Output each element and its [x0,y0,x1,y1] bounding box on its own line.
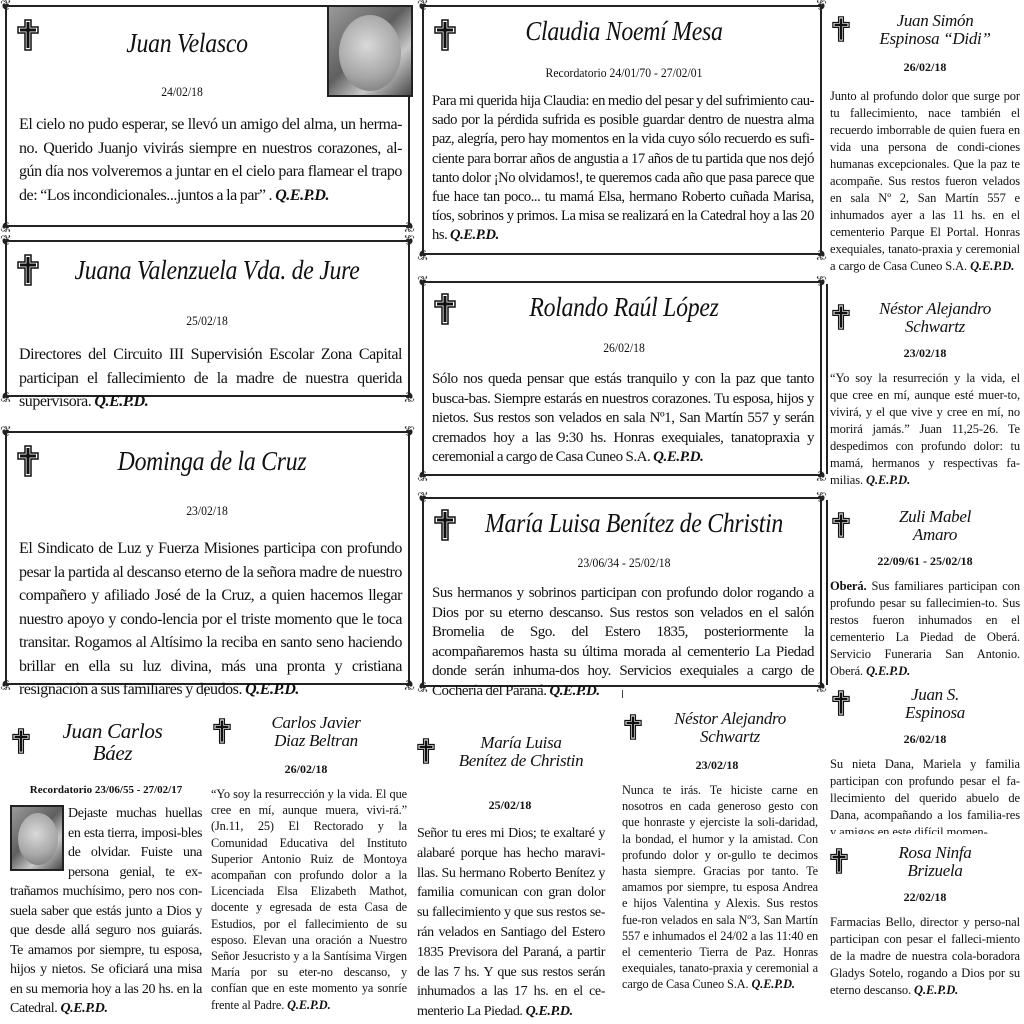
notice-date: 23/02/18 [140,503,275,519]
corner-ornament-icon [0,235,14,249]
cross-icon [624,714,642,740]
notice-date: Recordatorio 24/01/70 - 27/02/01 [516,65,732,81]
portrait-photo [327,5,413,97]
notice-body: “Yo soy la resurrección y la vida. El qu… [211,786,407,1013]
notice-date: 23/02/18 [870,346,980,361]
notice-juan-carlos-baez: Juan CarlosBáez Recordatorio 23/06/55 - … [10,718,202,1022]
notice-body: El Sindicato de Luz y Fuerza Misiones pa… [19,537,402,702]
column-rule [826,284,828,474]
notice-date: 24/02/18 [115,84,250,100]
corner-ornament-icon [401,388,415,402]
cross-icon [17,19,39,51]
notice-juan-s-espinosa: Juan S.Espinosa 26/02/18 Su nieta Dana, … [830,684,1020,834]
notice-name: Dominga de la Cruz [67,445,357,477]
notice-name: Juan SimónEspinosa “Didi” [860,12,1010,48]
notice-rolando-raul-lopez: Rolando Raúl López 26/02/18 Sólo nos que… [422,281,822,476]
notice-body: Sólo nos queda pensar que estás tranquil… [432,370,814,468]
corner-ornament-icon [0,388,14,402]
notice-name: María LuisaBenítez de Christin [441,734,601,770]
notice-name: Rolando Raúl López [483,291,765,323]
corner-ornament-icon [401,235,415,249]
notice-date: 26/02/18 [251,762,361,777]
cross-icon [832,690,850,716]
column-rule [826,500,828,685]
notice-name: Juan CarlosBáez [40,720,185,764]
corner-ornament-icon [417,492,431,506]
corner-ornament-icon [0,676,14,690]
notice-name: Claudia Noemí Mesa [483,15,765,47]
notice-date: Recordatorio 23/06/55 - 27/02/17 [15,784,197,796]
notice-carlos-javier-diaz-beltran: Carlos JavierDiaz Beltran 26/02/18 “Yo s… [211,712,407,1022]
notice-date: 23/02/18 [662,758,772,773]
notice-body: Su nieta Dana, Mariela y familia partici… [830,756,1020,834]
notice-juan-velasco: Juan Velasco 24/02/18 El cielo no pudo e… [5,5,410,227]
corner-ornament-icon [401,218,415,232]
cross-icon [830,848,848,874]
cross-icon [434,509,456,541]
corner-ornament-icon [813,276,827,290]
notice-body: Oberá. Sus familiares participan con pro… [830,578,1020,680]
corner-ornament-icon [401,676,415,690]
notice-body: “Yo soy la resurreción y la vida, el que… [830,370,1020,489]
notice-nestor-schwartz: Néstor AlejandroSchwartz 23/02/18 “Yo so… [830,298,1020,488]
corner-ornament-icon [417,0,431,14]
cross-icon [17,445,39,477]
notice-date: 26/02/18 [557,340,692,356]
corner-ornament-icon [417,678,431,692]
notice-name: Carlos JavierDiaz Beltran [241,714,391,750]
notice-body: El cielo no pudo esperar, se llevó un am… [19,113,402,207]
cross-icon [832,512,850,538]
notice-body: Directores del Circuito III Supervisión … [19,343,402,414]
corner-ornament-icon [813,678,827,692]
notice-body: Dejaste muchas huellas en esta tierra, i… [10,804,202,1019]
notice-name: María Luisa Benítez de Christin [471,507,797,539]
corner-ornament-icon [813,492,827,506]
cross-icon [417,738,435,764]
notice-dominga-de-la-cruz: Dominga de la Cruz 23/02/18 El Sindicato… [5,431,410,685]
notice-body: Farmacias Bello, director y perso-nal pa… [830,914,1020,999]
notice-juan-simon-espinosa: Juan SimónEspinosa “Didi” 26/02/18 Junto… [830,8,1020,278]
notice-date: 25/02/18 [140,313,275,329]
notice-body: Señor tu eres mi Dios; te exaltaré y ala… [417,824,605,1022]
notice-name: Néstor AlejandroSchwartz [860,300,1010,336]
corner-ornament-icon [813,246,827,260]
cross-icon [12,728,30,754]
cross-icon [832,304,850,330]
notice-date: 26/02/18 [870,732,980,747]
cross-icon [213,718,231,744]
notice-body: Nunca te irás. Te hiciste carne en nosot… [622,782,818,993]
notice-maria-luisa-benitez: María Luisa Benítez de Christin 23/06/34… [422,497,822,687]
cross-icon [434,19,456,51]
notice-date: 22/02/18 [870,890,980,905]
notice-body: Sus hermanos y sobrinos participan con p… [432,584,814,701]
cross-icon [434,293,456,325]
column-divider-tick [205,688,206,696]
corner-ornament-icon [0,426,14,440]
notice-zuli-mabel-amaro: Zuli MabelAmaro 22/09/61 - 25/02/18 Ober… [830,506,1020,686]
corner-ornament-icon [417,246,431,260]
corner-ornament-icon [417,276,431,290]
notice-name: Rosa NinfaBrizuela [860,844,1010,880]
notice-body: Junto al profundo dolor que surge por tu… [830,88,1020,275]
corner-ornament-icon [813,0,827,14]
notice-name: Juan S.Espinosa [860,686,1010,722]
corner-ornament-icon [401,426,415,440]
notice-date: 22/09/61 - 25/02/18 [855,554,995,569]
notice-name: Zuli MabelAmaro [860,508,1010,544]
column-divider-tick [622,690,623,698]
notice-maria-luisa-benitez-small: María LuisaBenítez de Christin 25/02/18 … [415,732,607,1022]
notice-name: Néstor AlejandroSchwartz [650,710,810,746]
corner-ornament-icon [0,0,14,14]
notice-rosa-ninfa-brizuela: Rosa NinfaBrizuela 22/02/18 Farmacias Be… [830,842,1020,1022]
notice-body: Para mi querida hija Claudia: en medio d… [432,92,814,246]
corner-ornament-icon [417,467,431,481]
cross-icon [832,16,850,42]
notice-juana-valenzuela: Juana Valenzuela Vda. de Jure 25/02/18 D… [5,240,410,397]
corner-ornament-icon [813,467,827,481]
notice-name: Juan Velasco [64,27,310,59]
notice-date: 25/02/18 [455,798,565,813]
notice-name: Juana Valenzuela Vda. de Jure [50,254,384,286]
notice-nestor-schwartz-bottom: Néstor AlejandroSchwartz 23/02/18 Nunca … [622,710,818,1022]
notice-date: 23/06/34 - 25/02/18 [534,555,714,571]
notice-claudia-noemi-mesa: Claudia Noemí Mesa Recordatorio 24/01/70… [422,5,822,255]
notice-date: 26/02/18 [870,60,980,75]
cross-icon [17,254,39,286]
corner-ornament-icon [0,218,14,232]
